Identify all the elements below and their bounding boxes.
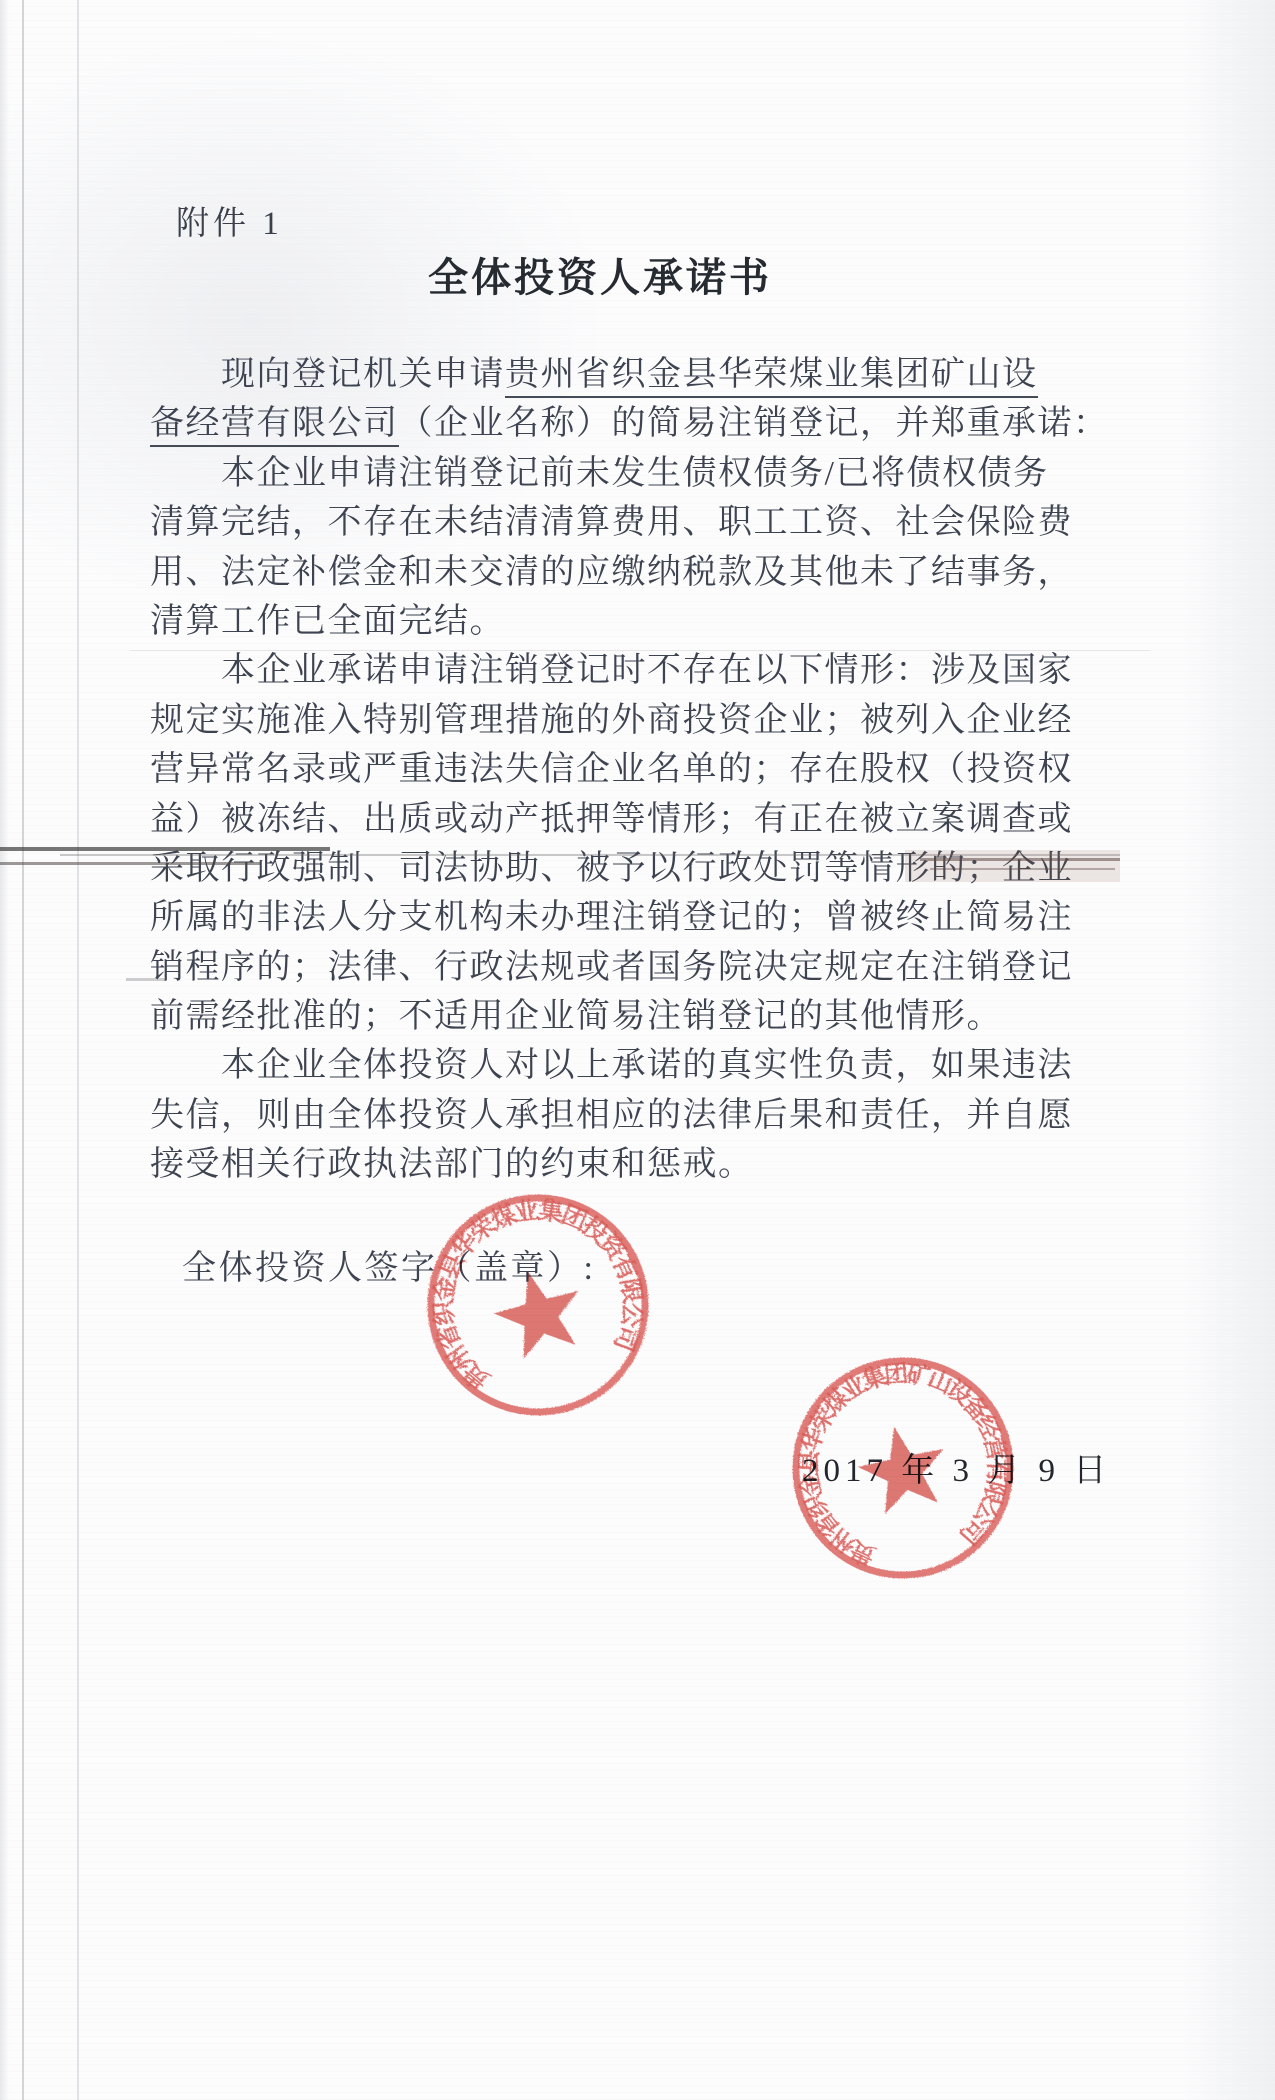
body-text-segment: 用、法定补偿金和未交清的应缴纳税款及其他未了结事务，: [150, 554, 1073, 591]
body-line: 前需经批准的；不适用企业简易注销登记的其他情形。: [150, 992, 1070, 1041]
body-line: 清算工作已全面完结。: [150, 597, 1070, 646]
body-line: 所属的非法人分支机构未办理注销登记的；曾被终止简易注: [150, 893, 1070, 942]
body-text-segment: 现向登记机关申请: [150, 356, 505, 393]
body-text-segment: 清算工作已全面完结。: [150, 603, 505, 640]
body-line: 备经营有限公司（企业名称）的简易注销登记，并郑重承诺：: [150, 399, 1070, 448]
body-text-segment: 本企业承诺申请注销登记时不存在以下情形：涉及国家: [150, 652, 1073, 689]
body-line: 营异常名录或严重违法失信企业名单的；存在股权（投资权: [150, 745, 1070, 794]
body-text-segment: 销程序的；法律、行政法规或者国务院决定规定在注销登记: [150, 949, 1073, 986]
body-line: 清算完结，不存在未结清清算费用、职工工资、社会保险费: [150, 498, 1070, 547]
body-text-segment: 规定实施准入特别管理措施的外商投资企业；被列入企业经: [150, 702, 1073, 739]
body-line: 失信，则由全体投资人承担相应的法律后果和责任，并自愿: [150, 1091, 1070, 1140]
body-line: 规定实施准入特别管理措施的外商投资企业；被列入企业经: [150, 696, 1070, 745]
body-text-segment: 本企业申请注销登记前未发生债权债务/已将债权债务: [150, 455, 1048, 492]
scan-edge-inner: [77, 0, 79, 2100]
body-line: 本企业承诺申请注销登记时不存在以下情形：涉及国家: [150, 646, 1070, 695]
body-line: 采取行政强制、司法协助、被予以行政处罚等情形的；企业: [150, 844, 1070, 893]
body-text-segment: 营异常名录或严重违法失信企业名单的；存在股权（投资权: [150, 751, 1073, 788]
body-text-segment: 本企业全体投资人对以上承诺的真实性负责，如果违法: [150, 1047, 1073, 1084]
star-icon: [851, 1418, 954, 1518]
star-icon: [486, 1260, 592, 1363]
body-line: 销程序的；法律、行政法规或者国务院决定规定在注销登记: [150, 943, 1070, 992]
attachment-label: 附件 1: [176, 197, 283, 244]
body-text-segment: 采取行政强制、司法协助、被予以行政处罚等情形的；企业: [150, 850, 1073, 887]
body-line: 本企业申请注销登记前未发生债权债务/已将债权债务: [150, 449, 1070, 498]
company-seal-mine-equipment: 贵州省织金县华荣煤业集团矿山设备经营有限公司: [786, 1350, 1020, 1590]
body-line: 本企业全体投资人对以上承诺的真实性负责，如果违法: [150, 1041, 1070, 1090]
body-line: 用、法定补偿金和未交清的应缴纳税款及其他未了结事务，: [150, 548, 1070, 597]
doc-body: 现向登记机关申请贵州省织金县华荣煤业集团矿山设备经营有限公司（企业名称）的简易注…: [150, 350, 1070, 1190]
body-line: 现向登记机关申请贵州省织金县华荣煤业集团矿山设: [150, 350, 1070, 399]
scan-edge-left: [22, 0, 24, 2100]
body-line: 益）被冻结、出质或动产抵押等情形；有正在被立案调查或: [150, 795, 1070, 844]
underlined-company-name: 备经营有限公司: [150, 405, 399, 447]
scanned-document-page: 附件 1 全体投资人承诺书 现向登记机关申请贵州省织金县华荣煤业集团矿山设备经营…: [0, 0, 1275, 2100]
body-text-segment: 前需经批准的；不适用企业简易注销登记的其他情形。: [150, 998, 1002, 1035]
document-title: 全体投资人承诺书: [150, 246, 1050, 303]
body-text-segment: 益）被冻结、出质或动产抵押等情形；有正在被立案调查或: [150, 801, 1073, 838]
company-seal-investment: 贵州省织金县华荣煤业集团投资有限公司: [413, 1178, 663, 1434]
body-text-segment: 所属的非法人分支机构未办理注销登记的；曾被终止简易注: [150, 899, 1073, 936]
body-text-segment: 清算完结，不存在未结清清算费用、职工工资、社会保险费: [150, 504, 1073, 541]
body-text-segment: （企业名称）的简易注销登记，并郑重承诺：: [399, 405, 1109, 442]
underlined-company-name: 贵州省织金县华荣煤业集团矿山设: [505, 356, 1038, 398]
body-text-segment: 失信，则由全体投资人承担相应的法律后果和责任，并自愿: [150, 1097, 1073, 1134]
